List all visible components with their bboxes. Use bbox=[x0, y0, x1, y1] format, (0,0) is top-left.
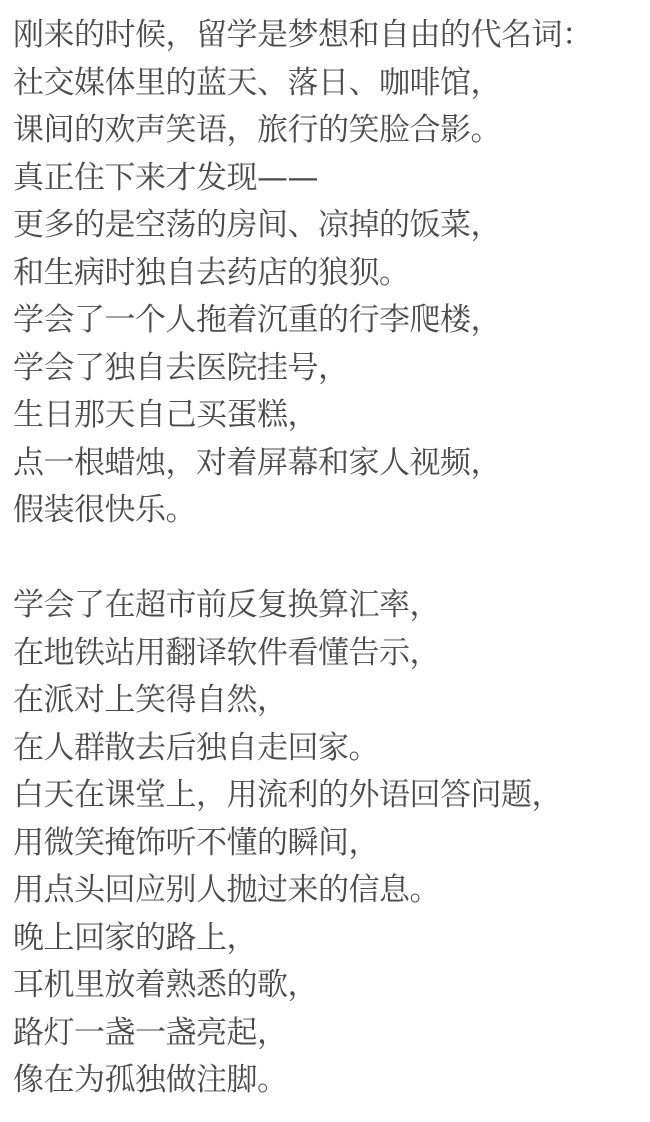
poem-line: 耳机里放着熟悉的歌， bbox=[13, 962, 640, 1010]
poem-line: 在派对上笑得自然， bbox=[13, 677, 640, 725]
poem-line: 用微笑掩饰听不懂的瞬间， bbox=[13, 820, 640, 868]
poem-line: 路灯一盏一盏亮起， bbox=[13, 1010, 640, 1058]
poem-line: 学会了一个人拖着沉重的行李爬楼， bbox=[13, 297, 640, 345]
poem-line: 在人群散去后独自走回家。 bbox=[13, 725, 640, 773]
poem-line: 和生病时独自去药店的狼狈。 bbox=[13, 250, 640, 298]
poem-line: 更多的是空荡的房间、凉掉的饭菜， bbox=[13, 202, 640, 250]
poem-stanza-2: 学会了在超市前反复换算汇率， 在地铁站用翻译软件看懂告示， 在派对上笑得自然， … bbox=[13, 582, 640, 1105]
poem-line: 晚上回家的路上， bbox=[13, 915, 640, 963]
poem-line: 生日那天自己买蛋糕， bbox=[13, 392, 640, 440]
poem-line: 学会了在超市前反复换算汇率， bbox=[13, 582, 640, 630]
poem-line: 在地铁站用翻译软件看懂告示， bbox=[13, 630, 640, 678]
stanza-separator bbox=[13, 535, 640, 583]
poem-line: 学会了独自去医院挂号， bbox=[13, 345, 640, 393]
poem-stanza-1: 刚来的时候，留学是梦想和自由的代名词： 社交媒体里的蓝天、落日、咖啡馆， 课间的… bbox=[13, 12, 640, 535]
poem-line: 刚来的时候，留学是梦想和自由的代名词： bbox=[13, 12, 640, 60]
poem-line: 用点头回应别人抛过来的信息。 bbox=[13, 867, 640, 915]
poem-line: 白天在课堂上，用流利的外语回答问题， bbox=[13, 772, 640, 820]
poem-line: 假装很快乐。 bbox=[13, 487, 640, 535]
poem-text-block: 刚来的时候，留学是梦想和自由的代名词： 社交媒体里的蓝天、落日、咖啡馆， 课间的… bbox=[0, 0, 650, 1105]
poem-line: 点一根蜡烛，对着屏幕和家人视频， bbox=[13, 440, 640, 488]
poem-line: 社交媒体里的蓝天、落日、咖啡馆， bbox=[13, 60, 640, 108]
poem-line: 课间的欢声笑语，旅行的笑脸合影。 bbox=[13, 107, 640, 155]
poem-line: 像在为孤独做注脚。 bbox=[13, 1057, 640, 1105]
poem-line: 真正住下来才发现—— bbox=[13, 155, 640, 203]
